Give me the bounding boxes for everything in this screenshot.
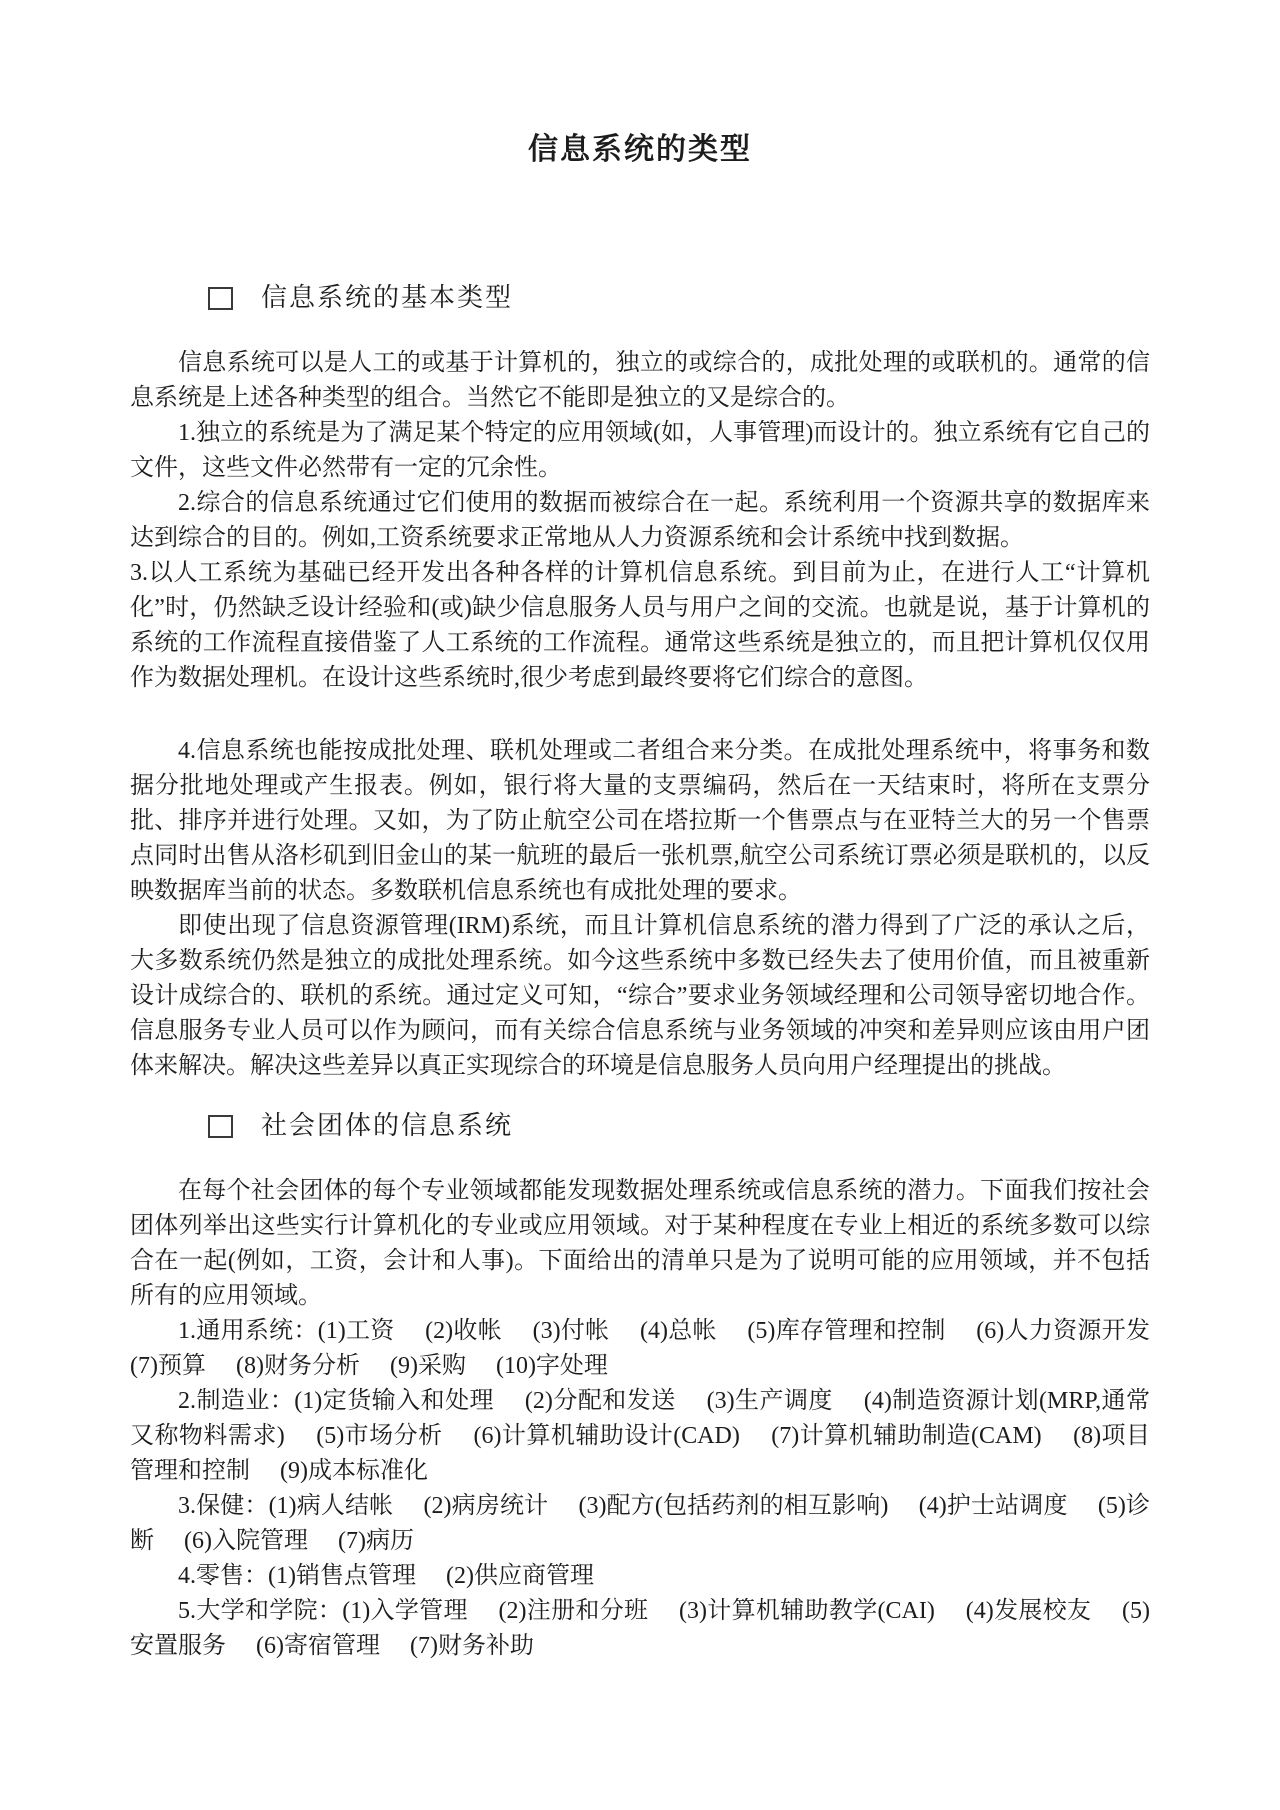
document-title: 信息系统的类型 (130, 132, 1150, 168)
paragraph-manufacturing-list: 2.制造业：(1)定货输入和处理 (2)分配和发送 (3)生产调度 (4)制造资… (130, 1384, 1150, 1489)
paragraph-overview: 信息系统可以是人工的或基于计算机的，独立的或综合的，成批处理的或联机的。通常的信… (130, 346, 1150, 416)
paragraph-healthcare-list: 3.保健：(1)病人结帐 (2)病房统计 (3)配方(包括药剂的相互影响) (4… (130, 1489, 1150, 1559)
section-basic-types-of-information-systems: 信息系统的基本类型 信息系统可以是人工的或基于计算机的，独立的或综合的，成批处理… (130, 280, 1150, 1084)
paragraph-general-systems-list: 1.通用系统：(1)工资 (2)收帐 (3)付帐 (4)总帐 (5)库存管理和控… (130, 1314, 1150, 1384)
document-content: 信息系统的类型 信息系统的基本类型 信息系统可以是人工的或基于计算机的，独立的或… (0, 0, 1280, 1664)
section-heading-text: 社会团体的信息系统 (261, 1108, 513, 1142)
empty-square-icon (208, 287, 233, 310)
paragraph-retail-list: 4.零售：(1)销售点管理 (2)供应商管理 (130, 1559, 1150, 1594)
section-heading-text: 信息系统的基本类型 (261, 280, 513, 314)
paragraph-integrated-systems: 2.综合的信息系统通过它们使用的数据而被综合在一起。系统利用一个资源共享的数据库… (130, 486, 1150, 556)
paragraph-batch-online-classification: 4.信息系统也能按成批处理、联机处理或二者组合来分类。在成批处理系统中，将事务和… (130, 734, 1150, 909)
paragraph-irm-systems: 即使出现了信息资源管理(IRM)系统，而且计算机信息系统的潜力得到了广泛的承认之… (130, 909, 1150, 1084)
paragraph-independent-systems: 1.独立的系统是为了满足某个特定的应用领域(如，人事管理)而设计的。独立系统有它… (130, 416, 1150, 486)
paragraph-community-overview: 在每个社会团体的每个专业领域都能发现数据处理系统或信息系统的潜力。下面我们按社会… (130, 1174, 1150, 1314)
section-heading-basic-types: 信息系统的基本类型 (208, 280, 1150, 314)
section-heading-community: 社会团体的信息系统 (208, 1108, 1150, 1142)
document-page: 信息系统的类型 信息系统的基本类型 信息系统可以是人工的或基于计算机的，独立的或… (0, 0, 1280, 1810)
paragraph-manual-based-systems: 3.以人工系统为基础已经开发出各种各样的计算机信息系统。到目前为止，在进行人工“… (130, 556, 1150, 696)
paragraph-university-list: 5.大学和学院：(1)入学管理 (2)注册和分班 (3)计算机辅助教学(CAI)… (130, 1594, 1150, 1664)
empty-square-icon (208, 1115, 233, 1138)
section-community-information-systems: 社会团体的信息系统 在每个社会团体的每个专业领域都能发现数据处理系统或信息系统的… (130, 1108, 1150, 1664)
